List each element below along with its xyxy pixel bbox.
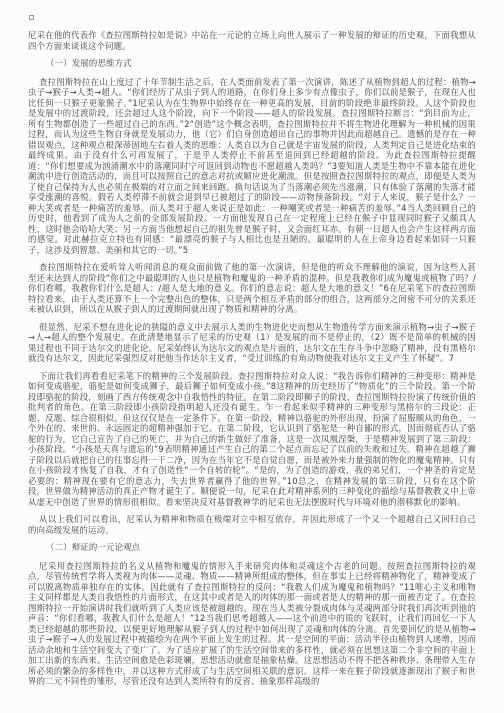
empty-square-icon	[29, 15, 34, 20]
paragraph: 查拉图斯特拉在山上度过了十年节制生活之后，在人类面前发表了第一次演讲，陈述了从植…	[28, 77, 476, 256]
paragraph: 从以上我们可以看出，尼采认为精神和物质在极端对立中相互依存，并因此形成了一个又一…	[28, 514, 476, 535]
document-page: 尼采在他的代表作《查拉图斯特拉如是说》中站在一元论的立场上向世人展示了一种发展的…	[0, 0, 504, 713]
paragraph: 查拉图斯特拉在爱听耸人听闻消息的观众面前做了他的第一次演讲，但是他的听众不理解他…	[28, 262, 476, 315]
paragraph: 下面让我们再看看尼采笔下的精神的三个发展阶段。查拉图斯特拉对众人说：“我告诉你们…	[28, 371, 476, 508]
paragraph: 很显然，尼采不想在进化论的狭隘的意义中去展示人类的生物进化史而想从生物遗传学方面…	[28, 322, 476, 364]
section-2-heading: （二）辩证的一元论观点	[28, 542, 476, 553]
intro-paragraph: 尼采在他的代表作《查拉图斯特拉如是说》中站在一元论的立场上向世人展示了一种发展的…	[28, 30, 476, 51]
section-1-heading: （一）发展的思维方式	[28, 58, 476, 69]
paragraph: 尼采用查拉图斯特拉的名义从植物和魔鬼的情形入手来研究肉体和灵魂这个古老的问题。按…	[28, 561, 476, 687]
marker-row	[28, 15, 476, 30]
